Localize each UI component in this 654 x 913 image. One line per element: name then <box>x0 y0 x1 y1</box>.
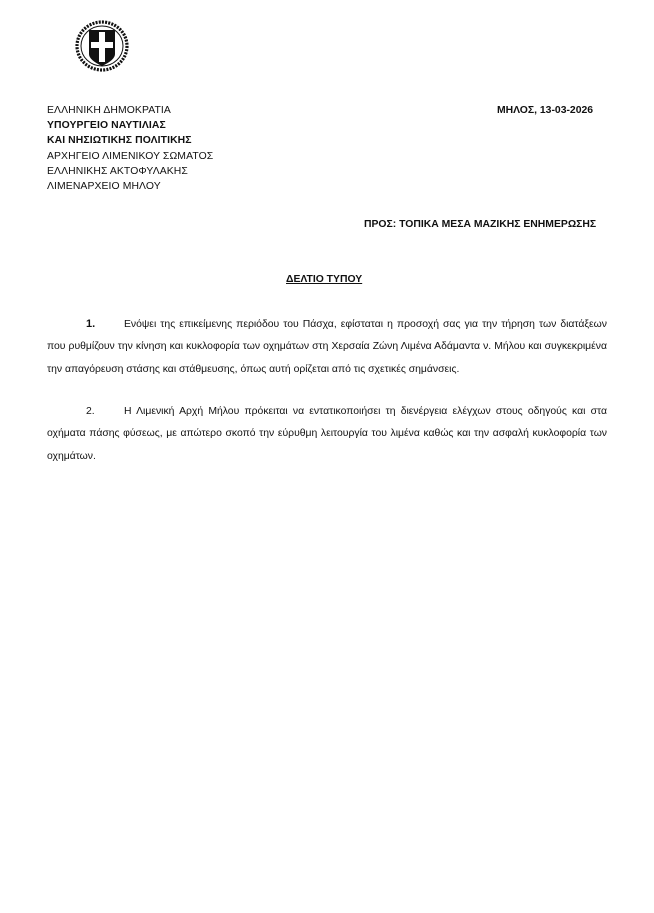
paragraph-2: 2.Η Λιμενική Αρχή Μήλου πρόκειται να εντ… <box>47 401 607 468</box>
paragraph-text: Ενόψει της επικείμενης περιόδου του Πάσχ… <box>47 319 607 375</box>
document-page: ΕΛΛΗΝΙΚΗ ΔΗΜΟΚΡΑΤΙΑ ΥΠΟΥΡΓΕΙΟ ΝΑΥΤΙΛΙΑΣ … <box>0 0 654 913</box>
recipient-line: ΠΡΟΣ: ΤΟΠΙΚΑ ΜΕΣΑ ΜΑΖΙΚΗΣ ΕΝΗΜΕΡΩΣΗΣ <box>364 219 596 230</box>
document-title: ΔΕΛΤΙΟ ΤΥΠΟΥ <box>286 274 362 285</box>
greek-coat-of-arms-icon <box>72 20 132 72</box>
issuer-block: ΕΛΛΗΝΙΚΗ ΔΗΜΟΚΡΑΤΙΑ ΥΠΟΥΡΓΕΙΟ ΝΑΥΤΙΛΙΑΣ … <box>47 103 213 194</box>
issuer-line: ΚΑΙ ΝΗΣΙΩΤΙΚΗΣ ΠΟΛΙΤΙΚΗΣ <box>47 133 213 148</box>
issuer-line: ΥΠΟΥΡΓΕΙΟ ΝΑΥΤΙΛΙΑΣ <box>47 118 213 133</box>
paragraph-text: Η Λιμενική Αρχή Μήλου πρόκειται να εντατ… <box>47 406 607 462</box>
paragraph-1: 1.Ενόψει της επικείμενης περιόδου του Πά… <box>47 313 607 381</box>
paragraph-number: 1. <box>86 313 124 335</box>
issuer-line: ΕΛΛΗΝΙΚΗΣ ΑΚΤΟΦΥΛΑΚΗΣ <box>47 164 213 179</box>
issuer-line: ΕΛΛΗΝΙΚΗ ΔΗΜΟΚΡΑΤΙΑ <box>47 103 213 118</box>
issuer-line: ΑΡΧΗΓΕΙΟ ΛΙΜΕΝΙΚΟΥ ΣΩΜΑΤΟΣ <box>47 149 213 164</box>
issuer-line: ΛΙΜΕΝΑΡΧΕΙΟ ΜΗΛΟΥ <box>47 179 213 194</box>
place-date: ΜΗΛΟΣ, 13-03-2026 <box>497 103 593 118</box>
paragraph-number: 2. <box>86 401 124 423</box>
